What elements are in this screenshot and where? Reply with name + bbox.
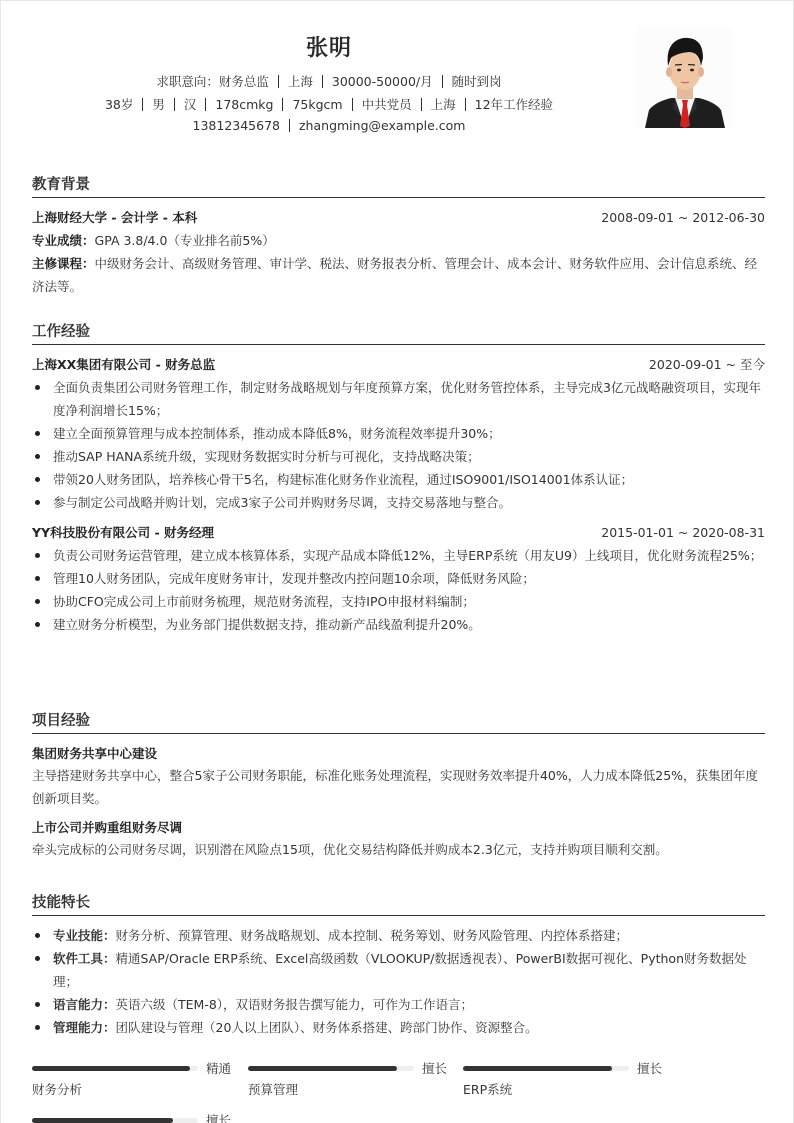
job-company-title: 上海XX集团有限公司 - 财务总监 bbox=[32, 355, 215, 373]
political-status: 中共党员 bbox=[362, 97, 412, 112]
list-item: 参与制定公司战略并购计划，完成3家子公司并购财务尽调，支持交易落地与整合。 bbox=[32, 491, 765, 514]
list-item: 管理能力：团队建设与管理（20人以上团队）、财务体系搭建、跨部门协作、资源整合。 bbox=[32, 1016, 765, 1039]
skill-text: 英语六级（TEM-8），双语财务报告撰写能力，可作为工作语言； bbox=[116, 997, 474, 1012]
education-entry-header: 上海财经大学 - 会计学 - 本科 2008-09-01 ~ 2012-06-3… bbox=[32, 208, 765, 226]
section-title-projects: 项目经验 bbox=[32, 709, 765, 734]
list-item: 管理10人财务团队，完成年度财务审计，发现并整改内控问题10余项，降低财务风险； bbox=[32, 567, 765, 590]
list-item: 负责公司财务运营管理，建立成本核算体系，实现产品成本降低12%，主导ERP系统（… bbox=[32, 544, 765, 567]
avatar-illustration-icon bbox=[637, 28, 733, 128]
gpa-line: 专业成绩：GPA 3.8/4.0（专业排名前5%） bbox=[32, 229, 765, 252]
skill-level: 擅长 bbox=[206, 1111, 231, 1123]
courses-line: 主修课程：中级财务会计、高级财务管理、审计学、税法、财务报表分析、管理会计、成本… bbox=[32, 252, 765, 298]
divider bbox=[142, 98, 143, 111]
job-date: 2020-09-01 ~ 至今 bbox=[649, 355, 765, 373]
education-section: 教育背景 上海财经大学 - 会计学 - 本科 2008-09-01 ~ 2012… bbox=[32, 173, 765, 298]
intent-city: 上海 bbox=[288, 74, 313, 89]
school-degree: 上海财经大学 - 会计学 - 本科 bbox=[32, 208, 197, 226]
courses-value: 中级财务会计、高级财务管理、审计学、税法、财务报表分析、管理会计、成本会计、财务… bbox=[32, 256, 757, 294]
list-item: 建立全面预算管理与成本控制体系，推动成本降低8%，财务流程效率提升30%； bbox=[32, 422, 765, 445]
resume-header: 张明 求职意向：财务总监上海30000-50000/月随时到岗 38岁男汉178… bbox=[1, 1, 794, 151]
divider bbox=[278, 75, 279, 88]
job-intent-line: 求职意向：财务总监上海30000-50000/月随时到岗 bbox=[1, 72, 657, 90]
skill-name: ERP系统 bbox=[463, 1080, 512, 1098]
gpa-label: 专业成绩： bbox=[32, 233, 95, 248]
experience-years: 12年工作经验 bbox=[475, 97, 553, 112]
list-item: 协助CFO完成公司上市前财务梳理，规范财务流程，支持IPO申报材料编制； bbox=[32, 590, 765, 613]
divider bbox=[174, 98, 175, 111]
list-item: 建立财务分析模型，为业务部门提供数据支持，推动新产品线盈利提升20%。 bbox=[32, 613, 765, 636]
divider bbox=[442, 75, 443, 88]
divider bbox=[421, 98, 422, 111]
courses-label: 主修课程： bbox=[32, 256, 95, 271]
skill-label: 专业技能： bbox=[53, 928, 116, 943]
job-bullets: 全面负责集团公司财务管理工作，制定财务战略规划与年度预算方案，优化财务管控体系，… bbox=[32, 376, 765, 514]
divider bbox=[289, 119, 290, 132]
project-description: 主导搭建财务共享中心，整合5家子公司财务职能，标准化账务处理流程，实现财务效率提… bbox=[32, 764, 765, 810]
skill-text: 精通SAP/Oracle ERP系统、Excel高级函数（VLOOKUP/数据透… bbox=[53, 951, 747, 989]
intent-availability: 随时到岗 bbox=[452, 74, 502, 89]
divider bbox=[465, 98, 466, 111]
section-title-work: 工作经验 bbox=[32, 320, 765, 345]
location: 上海 bbox=[431, 97, 456, 112]
list-item: 语言能力：英语六级（TEM-8），双语财务报告撰写能力，可作为工作语言； bbox=[32, 993, 765, 1016]
weight: 75kgcm bbox=[292, 97, 342, 112]
project-name: 集团财务共享中心建设 bbox=[32, 744, 765, 764]
job-header: YY科技股份有限公司 - 财务经理 2015-01-01 ~ 2020-08-3… bbox=[32, 523, 765, 541]
resume-page: 张明 求职意向：财务总监上海30000-50000/月随时到岗 38岁男汉178… bbox=[0, 0, 794, 1123]
contact-line: 13812345678zhangming@example.com bbox=[1, 118, 657, 133]
divider bbox=[205, 98, 206, 111]
intent-salary: 30000-50000/月 bbox=[332, 74, 433, 89]
work-section: 工作经验 上海XX集团有限公司 - 财务总监 2020-09-01 ~ 至今 全… bbox=[32, 320, 765, 636]
list-item: 全面负责集团公司财务管理工作，制定财务战略规划与年度预算方案，优化财务管控体系，… bbox=[32, 376, 765, 422]
list-item: 推动SAP HANA系统升级，实现财务数据实时分析与可视化，支持战略决策； bbox=[32, 445, 765, 468]
basic-info-line: 38岁男汉178cmkg75kgcm中共党员上海12年工作经验 bbox=[1, 95, 657, 113]
list-item: 带领20人财务团队，培养核心骨干5名，构建标准化财务作业流程，通过ISO9001… bbox=[32, 468, 765, 491]
skill-bar-fill bbox=[463, 1066, 612, 1071]
skill-level: 擅长 bbox=[422, 1059, 447, 1077]
skill-label: 语言能力： bbox=[53, 997, 116, 1012]
skill-bars: 精通 财务分析 擅长 预算管理 擅长 ERP系统 擅长 bbox=[32, 1059, 765, 1123]
divider bbox=[322, 75, 323, 88]
projects-section: 项目经验 集团财务共享中心建设 主导搭建财务共享中心，整合5家子公司财务职能，标… bbox=[32, 709, 765, 861]
skill-bar-fill bbox=[32, 1066, 190, 1071]
project-name: 上市公司并购重组财务尽调 bbox=[32, 818, 765, 838]
avatar bbox=[637, 28, 733, 128]
job-bullets: 负责公司财务运营管理，建立成本核算体系，实现产品成本降低12%，主导ERP系统（… bbox=[32, 544, 765, 636]
divider bbox=[352, 98, 353, 111]
education-date: 2008-09-01 ~ 2012-06-30 bbox=[601, 210, 765, 225]
skill-name: 财务分析 bbox=[32, 1080, 82, 1098]
height: 178cmkg bbox=[215, 97, 273, 112]
intent-label: 求职意向： bbox=[156, 74, 219, 89]
skill-text: 团队建设与管理（20人以上团队）、财务体系搭建、跨部门协作、资源整合。 bbox=[116, 1020, 538, 1035]
divider bbox=[282, 98, 283, 111]
age: 38岁 bbox=[105, 97, 133, 112]
skills-list: 专业技能：财务分析、预算管理、财务战略规划、成本控制、税务筹划、财务风险管理、内… bbox=[32, 924, 765, 1039]
intent-position: 财务总监 bbox=[219, 74, 269, 89]
skill-level: 精通 bbox=[206, 1059, 231, 1077]
job-date: 2015-01-01 ~ 2020-08-31 bbox=[601, 525, 765, 540]
candidate-name: 张明 bbox=[1, 31, 657, 62]
section-title-education: 教育背景 bbox=[32, 173, 765, 198]
skill-bar-fill bbox=[248, 1066, 397, 1071]
skill-text: 财务分析、预算管理、财务战略规划、成本控制、税务筹划、财务风险管理、内控体系搭建… bbox=[116, 928, 629, 943]
job-header: 上海XX集团有限公司 - 财务总监 2020-09-01 ~ 至今 bbox=[32, 355, 765, 373]
skill-name: 预算管理 bbox=[248, 1080, 298, 1098]
skill-bar-track bbox=[463, 1066, 629, 1071]
skill-level: 擅长 bbox=[637, 1059, 662, 1077]
phone: 13812345678 bbox=[193, 118, 280, 133]
skill-bar-fill bbox=[32, 1118, 173, 1123]
skill-bar-track bbox=[248, 1066, 414, 1071]
skill-bar-track bbox=[32, 1118, 198, 1123]
list-item: 软件工具：精通SAP/Oracle ERP系统、Excel高级函数（VLOOKU… bbox=[32, 947, 765, 993]
project-description: 牵头完成标的公司财务尽调，识别潜在风险点15项，优化交易结构降低并购成本2.3亿… bbox=[32, 838, 765, 861]
gender: 男 bbox=[152, 97, 165, 112]
skill-label: 管理能力： bbox=[53, 1020, 116, 1035]
email[interactable]: zhangming@example.com bbox=[299, 118, 465, 133]
list-item: 专业技能：财务分析、预算管理、财务战略规划、成本控制、税务筹划、财务风险管理、内… bbox=[32, 924, 765, 947]
skills-section: 技能特长 专业技能：财务分析、预算管理、财务战略规划、成本控制、税务筹划、财务风… bbox=[32, 891, 765, 1039]
section-title-skills: 技能特长 bbox=[32, 891, 765, 916]
skill-label: 软件工具： bbox=[53, 951, 116, 966]
job-company-title: YY科技股份有限公司 - 财务经理 bbox=[32, 523, 214, 541]
skill-bar-track bbox=[32, 1066, 198, 1071]
ethnicity: 汉 bbox=[184, 97, 197, 112]
gpa-value: GPA 3.8/4.0（专业排名前5%） bbox=[95, 233, 275, 248]
